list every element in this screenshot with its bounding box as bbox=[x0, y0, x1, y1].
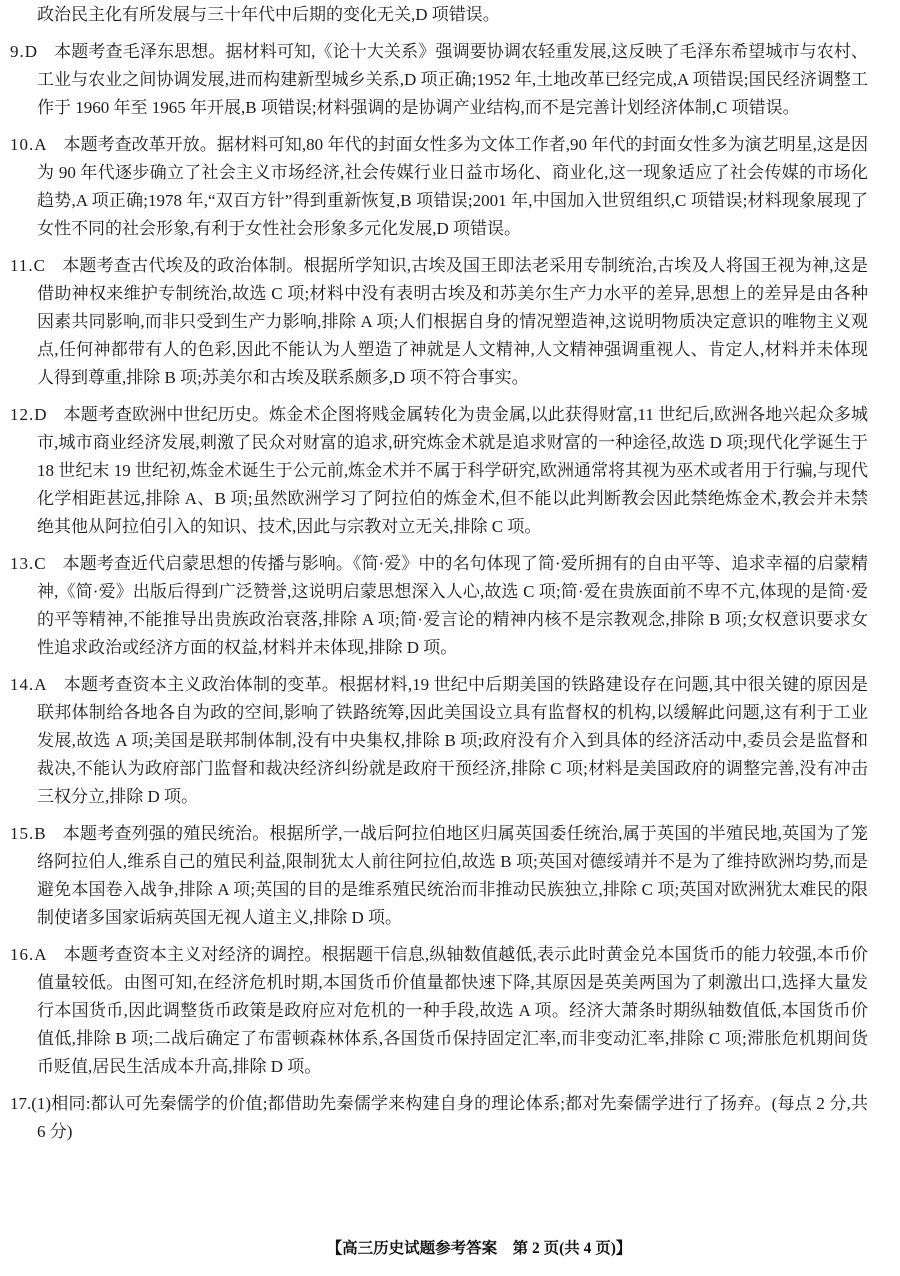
item-text: 本题考查资本主义对经济的调控。根据题干信息,纵轴数值越低,表示此时黄金兑本国货币… bbox=[37, 945, 868, 1076]
item-number: 9.D bbox=[10, 38, 38, 66]
item-text: 本题考查改革开放。据材料可知,80 年代的封面女性多为文体工作者,90 年代的封… bbox=[37, 135, 868, 238]
item-text: (1)相同:都认可先秦儒学的价值;都借助先秦儒学来构建自身的理论体系;都对先秦儒… bbox=[31, 1094, 868, 1141]
answer-body: 政治民主化有所发展与三十年代中后期的变化无关,D 项错误。 9.D本题考查毛泽东… bbox=[10, 1, 868, 1146]
item-text: 本题考查欧洲中世纪历史。炼金术企图将贱金属转化为贵金属,以此获得财富,11 世纪… bbox=[37, 405, 868, 536]
answer-item-15: 15.B本题考查列强的殖民统治。根据所学,一战后阿拉伯地区归属英国委任统治,属于… bbox=[10, 820, 868, 932]
item-text: 本题考查古代埃及的政治体制。根据所学知识,古埃及国王即法老采用专制统治,古埃及人… bbox=[37, 256, 868, 387]
item-number: 10.A bbox=[10, 131, 48, 159]
page-footer-text: 【高三历史试题参考答案 第 2 页(共 4 页)】 bbox=[327, 1240, 632, 1257]
answer-item-16: 16.A本题考查资本主义对经济的调控。根据题干信息,纵轴数值越低,表示此时黄金兑… bbox=[10, 941, 868, 1081]
item-text: 本题考查资本主义政治体制的变革。根据材料,19 世纪中后期美国的铁路建设存在问题… bbox=[37, 675, 868, 806]
item-text: 本题考查近代启蒙思想的传播与影响。《简·爱》中的名句体现了简·爱所拥有的自由平等… bbox=[37, 554, 868, 657]
item-number: 14.A bbox=[10, 671, 48, 699]
item-number: 15.B bbox=[10, 820, 47, 848]
answer-item-14: 14.A本题考查资本主义政治体制的变革。根据材料,19 世纪中后期美国的铁路建设… bbox=[10, 671, 868, 811]
continuation-line: 政治民主化有所发展与三十年代中后期的变化无关,D 项错误。 bbox=[10, 1, 868, 29]
continuation-text: 政治民主化有所发展与三十年代中后期的变化无关,D 项错误。 bbox=[37, 5, 500, 24]
item-number: 13.C bbox=[10, 550, 47, 578]
answer-item-12: 12.D本题考查欧洲中世纪历史。炼金术企图将贱金属转化为贵金属,以此获得财富,1… bbox=[10, 401, 868, 541]
answer-item-10: 10.A本题考查改革开放。据材料可知,80 年代的封面女性多为文体工作者,90 … bbox=[10, 131, 868, 243]
answer-item-17: 17.(1)相同:都认可先秦儒学的价值;都借助先秦儒学来构建自身的理论体系;都对… bbox=[10, 1090, 868, 1146]
item-text: 本题考查毛泽东思想。据材料可知,《论十大关系》强调要协调农轻重发展,这反映了毛泽… bbox=[37, 42, 868, 117]
answer-item-9: 9.D本题考查毛泽东思想。据材料可知,《论十大关系》强调要协调农轻重发展,这反映… bbox=[10, 38, 868, 122]
answer-item-11: 11.C本题考查古代埃及的政治体制。根据所学知识,古埃及国王即法老采用专制统治,… bbox=[10, 252, 868, 392]
exam-answer-page: 政治民主化有所发展与三十年代中后期的变化无关,D 项错误。 9.D本题考查毛泽东… bbox=[0, 0, 900, 1276]
item-number: 17. bbox=[10, 1090, 31, 1118]
item-number: 16.A bbox=[10, 941, 48, 969]
item-number: 12.D bbox=[10, 401, 48, 429]
answer-item-13: 13.C本题考查近代启蒙思想的传播与影响。《简·爱》中的名句体现了简·爱所拥有的… bbox=[10, 550, 868, 662]
page-footer: 【高三历史试题参考答案 第 2 页(共 4 页)】 bbox=[0, 1236, 900, 1258]
item-text: 本题考查列强的殖民统治。根据所学,一战后阿拉伯地区归属英国委任统治,属于英国的半… bbox=[37, 824, 868, 927]
item-number: 11.C bbox=[10, 252, 46, 280]
